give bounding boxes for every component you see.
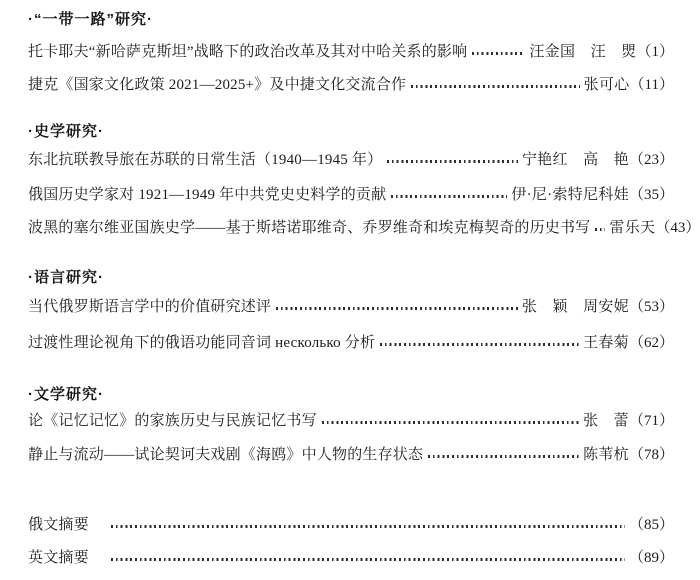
entry-page-number: （35） bbox=[629, 185, 674, 205]
dot-leader bbox=[111, 558, 625, 560]
entry-title: 东北抗联教导旅在苏联的日常生活（1940—1945 年） bbox=[28, 150, 382, 170]
entry-page-number: （43） bbox=[655, 218, 700, 238]
abstract-page-number: （85） bbox=[629, 515, 674, 535]
entry-title: 静止与流动——试论契诃夫戏剧《海鸥》中人物的生存状态 bbox=[28, 445, 423, 465]
entry-authors: 张 颖 周安妮 bbox=[522, 297, 629, 317]
section-title-literature-studies: ·文学研究· bbox=[28, 385, 674, 405]
entry-authors: 宁艳红 高 艳 bbox=[522, 150, 629, 170]
abstract-label: 英文摘要 bbox=[28, 548, 89, 568]
abstract-entry-russian: 俄文摘要 （85） bbox=[28, 515, 674, 535]
entry-page-number: （11） bbox=[630, 75, 674, 95]
entry-page-number: （53） bbox=[629, 297, 674, 317]
dot-leader bbox=[411, 85, 579, 87]
toc-entry: 过渡性理论视角下的俄语功能同音词 несколько 分析 王春菊 （62） bbox=[28, 333, 674, 353]
entry-title: 过渡性理论视角下的俄语功能同音词 несколько 分析 bbox=[28, 333, 375, 353]
entry-authors: 汪金国 汪 煛 bbox=[529, 42, 636, 62]
dot-leader bbox=[595, 228, 605, 230]
dot-leader bbox=[276, 307, 518, 309]
abstract-page-number: （89） bbox=[629, 548, 674, 568]
entry-page-number: （62） bbox=[629, 333, 674, 353]
dot-leader bbox=[111, 525, 625, 527]
entry-authors: 伊·尼·索特尼科娃 bbox=[511, 185, 629, 205]
section-title-language-studies: ·语言研究· bbox=[28, 268, 674, 288]
entry-page-number: （23） bbox=[629, 150, 674, 170]
dot-leader bbox=[387, 160, 518, 162]
toc-entry: 当代俄罗斯语言学中的价值研究述评 张 颖 周安妮 （53） bbox=[28, 297, 674, 317]
entry-authors: 张可心 bbox=[584, 75, 630, 95]
entry-authors: 张 蕾 bbox=[583, 411, 629, 431]
entry-page-number: （1） bbox=[636, 42, 674, 62]
toc-entry: 捷克《国家文化政策 2021—2025+》及中捷文化交流合作 张可心 （11） bbox=[28, 75, 674, 95]
toc-entry: 静止与流动——试论契诃夫戏剧《海鸥》中人物的生存状态 陈苇杭 （78） bbox=[28, 445, 674, 465]
abstract-label: 俄文摘要 bbox=[28, 515, 89, 535]
toc-entry: 俄国历史学家对 1921—1949 年中共党史史料学的贡献 伊·尼·索特尼科娃 … bbox=[28, 185, 674, 205]
toc-entry: 论《记忆记忆》的家族历史与民族记忆书写 张 蕾 （71） bbox=[28, 411, 674, 431]
entry-title: 当代俄罗斯语言学中的价值研究述评 bbox=[28, 297, 271, 317]
dot-leader bbox=[322, 421, 579, 423]
entry-title: 论《记忆记忆》的家族历史与民族记忆书写 bbox=[28, 411, 317, 431]
entry-authors: 雷乐天 bbox=[609, 218, 655, 238]
entry-page-number: （78） bbox=[629, 445, 674, 465]
toc-entry: 东北抗联教导旅在苏联的日常生活（1940—1945 年） 宁艳红 高 艳 （23… bbox=[28, 150, 674, 170]
toc-entry: 波黑的塞尔维亚国族史学——基于斯塔诺耶维奇、乔罗维奇和埃克梅契奇的历史书写 雷乐… bbox=[28, 218, 674, 238]
section-title-belt-and-road: ·“一带一路”研究· bbox=[28, 10, 674, 30]
dot-leader bbox=[391, 195, 507, 197]
entry-title: 波黑的塞尔维亚国族史学——基于斯塔诺耶维奇、乔罗维奇和埃克梅契奇的历史书写 bbox=[28, 218, 590, 238]
entry-title: 捷克《国家文化政策 2021—2025+》及中捷文化交流合作 bbox=[28, 75, 406, 95]
dot-leader bbox=[428, 455, 579, 457]
journal-toc-page: ·“一带一路”研究· 托卡耶夫“新哈萨克斯坦”战略下的政治改革及其对中哈关系的影… bbox=[0, 0, 700, 580]
dot-leader bbox=[472, 52, 525, 54]
toc-entry: 托卡耶夫“新哈萨克斯坦”战略下的政治改革及其对中哈关系的影响 汪金国 汪 煛 （… bbox=[28, 42, 674, 62]
entry-title: 俄国历史学家对 1921—1949 年中共党史史料学的贡献 bbox=[28, 185, 386, 205]
abstract-entry-english: 英文摘要 （89） bbox=[28, 548, 674, 568]
section-title-history-studies: ·史学研究· bbox=[28, 122, 674, 142]
entry-page-number: （71） bbox=[629, 411, 674, 431]
entry-title: 托卡耶夫“新哈萨克斯坦”战略下的政治改革及其对中哈关系的影响 bbox=[28, 42, 467, 62]
dot-leader bbox=[380, 343, 579, 345]
entry-authors: 王春菊 bbox=[583, 333, 629, 353]
entry-authors: 陈苇杭 bbox=[583, 445, 629, 465]
